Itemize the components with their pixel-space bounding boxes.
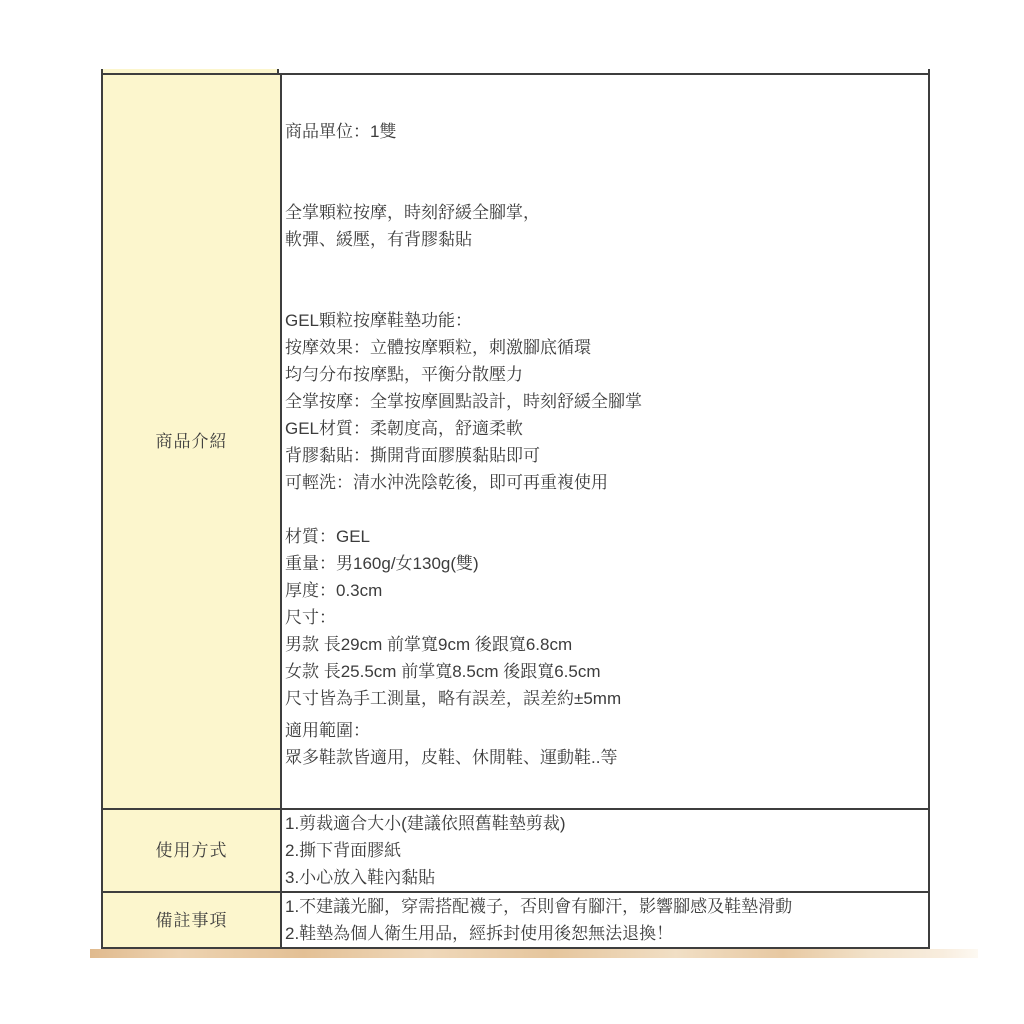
product-description-page: 商品介紹 商品單位：1雙 全掌顆粒按摩，時刻舒緩全腳掌， 軟彈、緩壓，有背膠黏貼… — [0, 0, 1024, 1024]
row-label-product-intro: 商品介紹 — [102, 74, 281, 809]
notes-content-cell: 1.不建議光腳，穿需搭配襪子，否則會有腳汗，影響腳感及鞋墊滑動 2.鞋墊為個人衛… — [281, 892, 929, 948]
table-row-notes: 備註事項 1.不建議光腳，穿需搭配襪子，否則會有腳汗，影響腳感及鞋墊滑動 2.鞋… — [102, 892, 929, 948]
row-label-text: 備註事項 — [156, 911, 228, 930]
product-summary-paragraph: 全掌顆粒按摩，時刻舒緩全腳掌， 軟彈、緩壓，有背膠黏貼 — [285, 199, 926, 253]
product-unit-paragraph: 商品單位：1雙 — [285, 118, 926, 145]
usage-content-cell: 1.剪裁適合大小(建議依照舊鞋墊剪裁) 2.撕下背面膠紙 3.小心放入鞋內黏貼 — [281, 809, 929, 892]
product-specs-paragraph: 材質：GEL 重量：男160g/女130g(雙) 厚度：0.3cm 尺寸： 男款… — [285, 523, 926, 712]
table-row-usage: 使用方式 1.剪裁適合大小(建議依照舊鞋墊剪裁) 2.撕下背面膠紙 3.小心放入… — [102, 809, 929, 892]
row-label-text: 使用方式 — [156, 841, 228, 860]
row-label-notes: 備註事項 — [102, 892, 281, 948]
product-intro-content-cell: 商品單位：1雙 全掌顆粒按摩，時刻舒緩全腳掌， 軟彈、緩壓，有背膠黏貼 GEL顆… — [281, 74, 929, 809]
table-row-product-intro: 商品介紹 商品單位：1雙 全掌顆粒按摩，時刻舒緩全腳掌， 軟彈、緩壓，有背膠黏貼… — [102, 74, 929, 809]
row-label-usage: 使用方式 — [102, 809, 281, 892]
product-intro-content: 商品單位：1雙 全掌顆粒按摩，時刻舒緩全腳掌， 軟彈、緩壓，有背膠黏貼 GEL顆… — [285, 75, 926, 771]
product-features-paragraph: GEL顆粒按摩鞋墊功能： 按摩效果：立體按摩顆粒，刺激腳底循環 均勻分布按摩點，… — [285, 307, 926, 496]
usage-steps: 1.剪裁適合大小(建議依照舊鞋墊剪裁) 2.撕下背面膠紙 3.小心放入鞋內黏貼 — [285, 810, 926, 891]
product-info-table: 商品介紹 商品單位：1雙 全掌顆粒按摩，時刻舒緩全腳掌， 軟彈、緩壓，有背膠黏貼… — [101, 73, 930, 949]
product-scope-paragraph: 適用範圍： 眾多鞋款皆適用，皮鞋、休閒鞋、運動鞋..等 — [285, 717, 926, 771]
notes-list: 1.不建議光腳，穿需搭配襪子，否則會有腳汗，影響腳感及鞋墊滑動 2.鞋墊為個人衛… — [285, 893, 926, 947]
next-image-top-edge — [90, 949, 978, 958]
row-label-text: 商品介紹 — [156, 432, 228, 451]
